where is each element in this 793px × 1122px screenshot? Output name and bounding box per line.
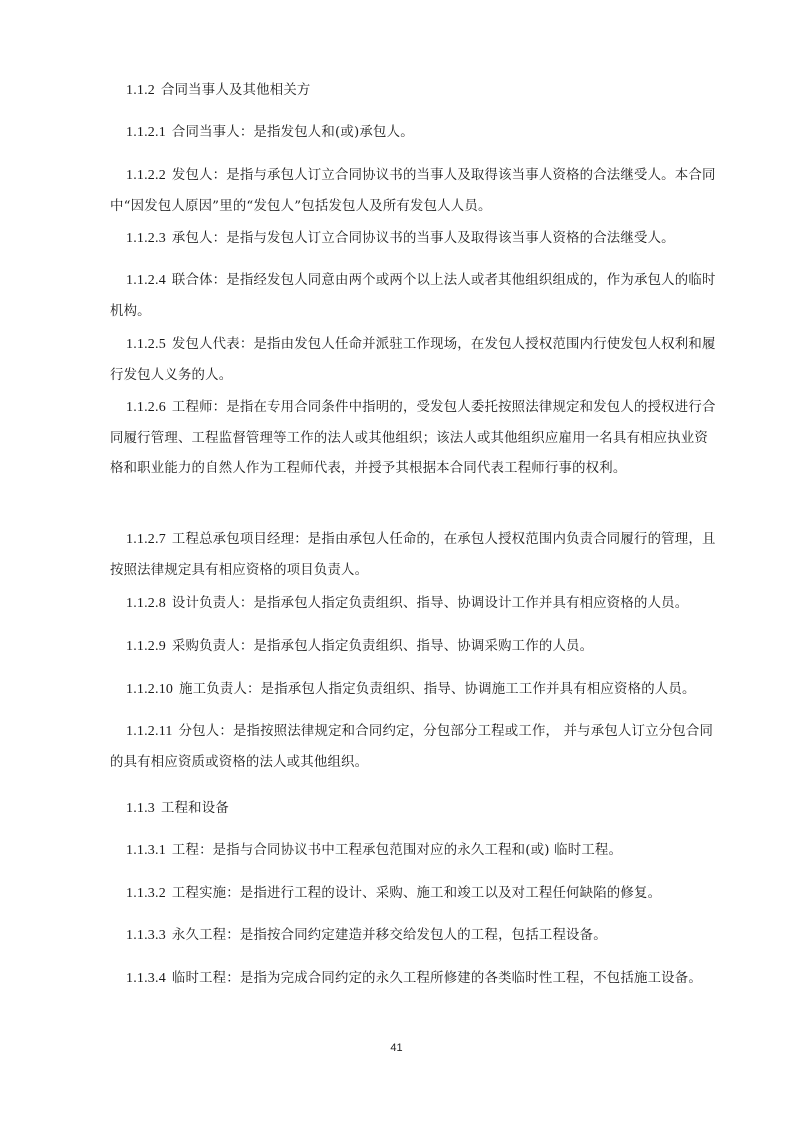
clause-number: 1.1.2.8: [126, 596, 166, 611]
clause-text: 临时工程：是指为完成合同约定的永久工程所修建的各类临时性工程，不包括施工设备。: [172, 971, 702, 986]
clause-1-1-2-10: 1.1.2.10施工负责人：是指承包人指定负责组织、指导、协调施工工作并具有相应…: [110, 675, 720, 706]
clause-1-1-3-1: 1.1.3.1工程：是指与合同协议书中工程承包范围对应的永久工程和(或) 临时工…: [110, 836, 720, 867]
section-heading-1-1-2: 1.1.2合同当事人及其他相关方: [110, 76, 720, 107]
clause-text: 永久工程：是指按合同约定建造并移交给发包人的工程，包括工程设备。: [172, 928, 607, 943]
clause-text: 工程实施：是指进行工程的设计、采购、施工和竣工以及对工程任何缺陷的修复。: [172, 886, 661, 901]
clause-1-1-2-5: 1.1.2.5发包人代表：是指由发包人任命并派驻工作现场，在发包人授权范围内行使…: [110, 330, 720, 391]
clause-text: 合同当事人：是指发包人和(或)承包人。: [172, 125, 414, 140]
clause-text: 分包人：是指按照法律规定和合同约定，分包部分工程或工作， 并与承包人订立分包合同…: [110, 724, 713, 770]
clause-number: 1.1.2.3: [126, 231, 166, 246]
clause-number: 1.1.2.6: [126, 400, 166, 415]
clause-number: 1.1.2.2: [126, 168, 166, 183]
clause-number: 1.1.2: [126, 83, 155, 98]
clause-number: 1.1.2.10: [126, 682, 173, 697]
clause-1-1-3-3: 1.1.3.3永久工程：是指按合同约定建造并移交给发包人的工程，包括工程设备。: [110, 921, 720, 952]
clause-number: 1.1.3.3: [126, 928, 166, 943]
clause-1-1-2-11: 1.1.2.11分包人：是指按照法律规定和合同约定，分包部分工程或工作， 并与承…: [110, 717, 720, 778]
clause-text: 工程总承包项目经理：是指由承包人任命的，在承包人授权范围内负责合同履行的管理，且…: [110, 532, 716, 578]
clause-number: 1.1.3: [126, 801, 155, 816]
clause-number: 1.1.3.4: [126, 971, 166, 986]
clause-text: 工程和设备: [161, 801, 229, 816]
clause-text: 施工负责人：是指承包人指定负责组织、指导、协调施工工作并具有相应资格的人员。: [179, 682, 695, 697]
clause-1-1-3-2: 1.1.3.2工程实施：是指进行工程的设计、采购、施工和竣工以及对工程任何缺陷的…: [110, 879, 720, 910]
clause-number: 1.1.2.1: [126, 125, 166, 140]
clause-number: 1.1.2.11: [126, 724, 173, 739]
clause-text: 工程：是指与合同协议书中工程承包范围对应的永久工程和(或) 临时工程。: [172, 843, 622, 858]
page-number: 41: [0, 1042, 793, 1054]
clause-text: 承包人：是指与发包人订立合同协议书的当事人及取得该当事人资格的合法继受人。: [172, 231, 675, 246]
clause-1-1-2-9: 1.1.2.9采购负责人：是指承包人指定负责组织、指导、协调采购工作的人员。: [110, 632, 720, 663]
clause-1-1-2-6: 1.1.2.6工程师：是指在专用合同条件中指明的，受发包人委托按照法律规定和发包…: [110, 393, 720, 485]
clause-text: 合同当事人及其他相关方: [161, 83, 311, 98]
clause-text: 采购负责人：是指承包人指定负责组织、指导、协调采购工作的人员。: [172, 639, 593, 654]
clause-1-1-2-1: 1.1.2.1合同当事人：是指发包人和(或)承包人。: [110, 118, 720, 149]
clause-1-1-2-3: 1.1.2.3承包人：是指与发包人订立合同协议书的当事人及取得该当事人资格的合法…: [110, 224, 720, 255]
clause-number: 1.1.3.2: [126, 886, 166, 901]
clause-number: 1.1.2.4: [126, 273, 166, 288]
clause-number: 1.1.2.9: [126, 639, 166, 654]
clause-text: 工程师：是指在专用合同条件中指明的，受发包人委托按照法律规定和发包人的授权进行合…: [110, 400, 716, 476]
clause-1-1-2-4: 1.1.2.4联合体：是指经发包人同意由两个或两个以上法人或者其他组织组成的，作…: [110, 266, 720, 327]
clause-1-1-2-8: 1.1.2.8设计负责人：是指承包人指定负责组织、指导、协调设计工作并具有相应资…: [110, 589, 720, 620]
clause-1-1-2-7: 1.1.2.7工程总承包项目经理：是指由承包人任命的，在承包人授权范围内负责合同…: [110, 525, 720, 586]
clause-text: 联合体：是指经发包人同意由两个或两个以上法人或者其他组织组成的，作为承包人的临时…: [110, 273, 716, 319]
clause-text: 设计负责人：是指承包人指定负责组织、指导、协调设计工作并具有相应资格的人员。: [172, 596, 688, 611]
clause-number: 1.1.2.7: [126, 532, 166, 547]
clause-text: 发包人代表：是指由发包人任命并派驻工作现场，在发包人授权范围内行使发包人权利和履…: [110, 337, 716, 383]
clause-text: 发包人：是指与承包人订立合同协议书的当事人及取得该当事人资格的合法继受人。本合同…: [110, 168, 716, 214]
clause-1-1-2-2: 1.1.2.2发包人：是指与承包人订立合同协议书的当事人及取得该当事人资格的合法…: [110, 161, 720, 222]
clause-number: 1.1.2.5: [126, 337, 166, 352]
clause-number: 1.1.3.1: [126, 843, 166, 858]
section-heading-1-1-3: 1.1.3工程和设备: [110, 794, 720, 825]
document-page: 1.1.2合同当事人及其他相关方 1.1.2.1合同当事人：是指发包人和(或)承…: [0, 0, 793, 1122]
clause-1-1-3-4: 1.1.3.4临时工程：是指为完成合同约定的永久工程所修建的各类临时性工程，不包…: [110, 964, 720, 995]
